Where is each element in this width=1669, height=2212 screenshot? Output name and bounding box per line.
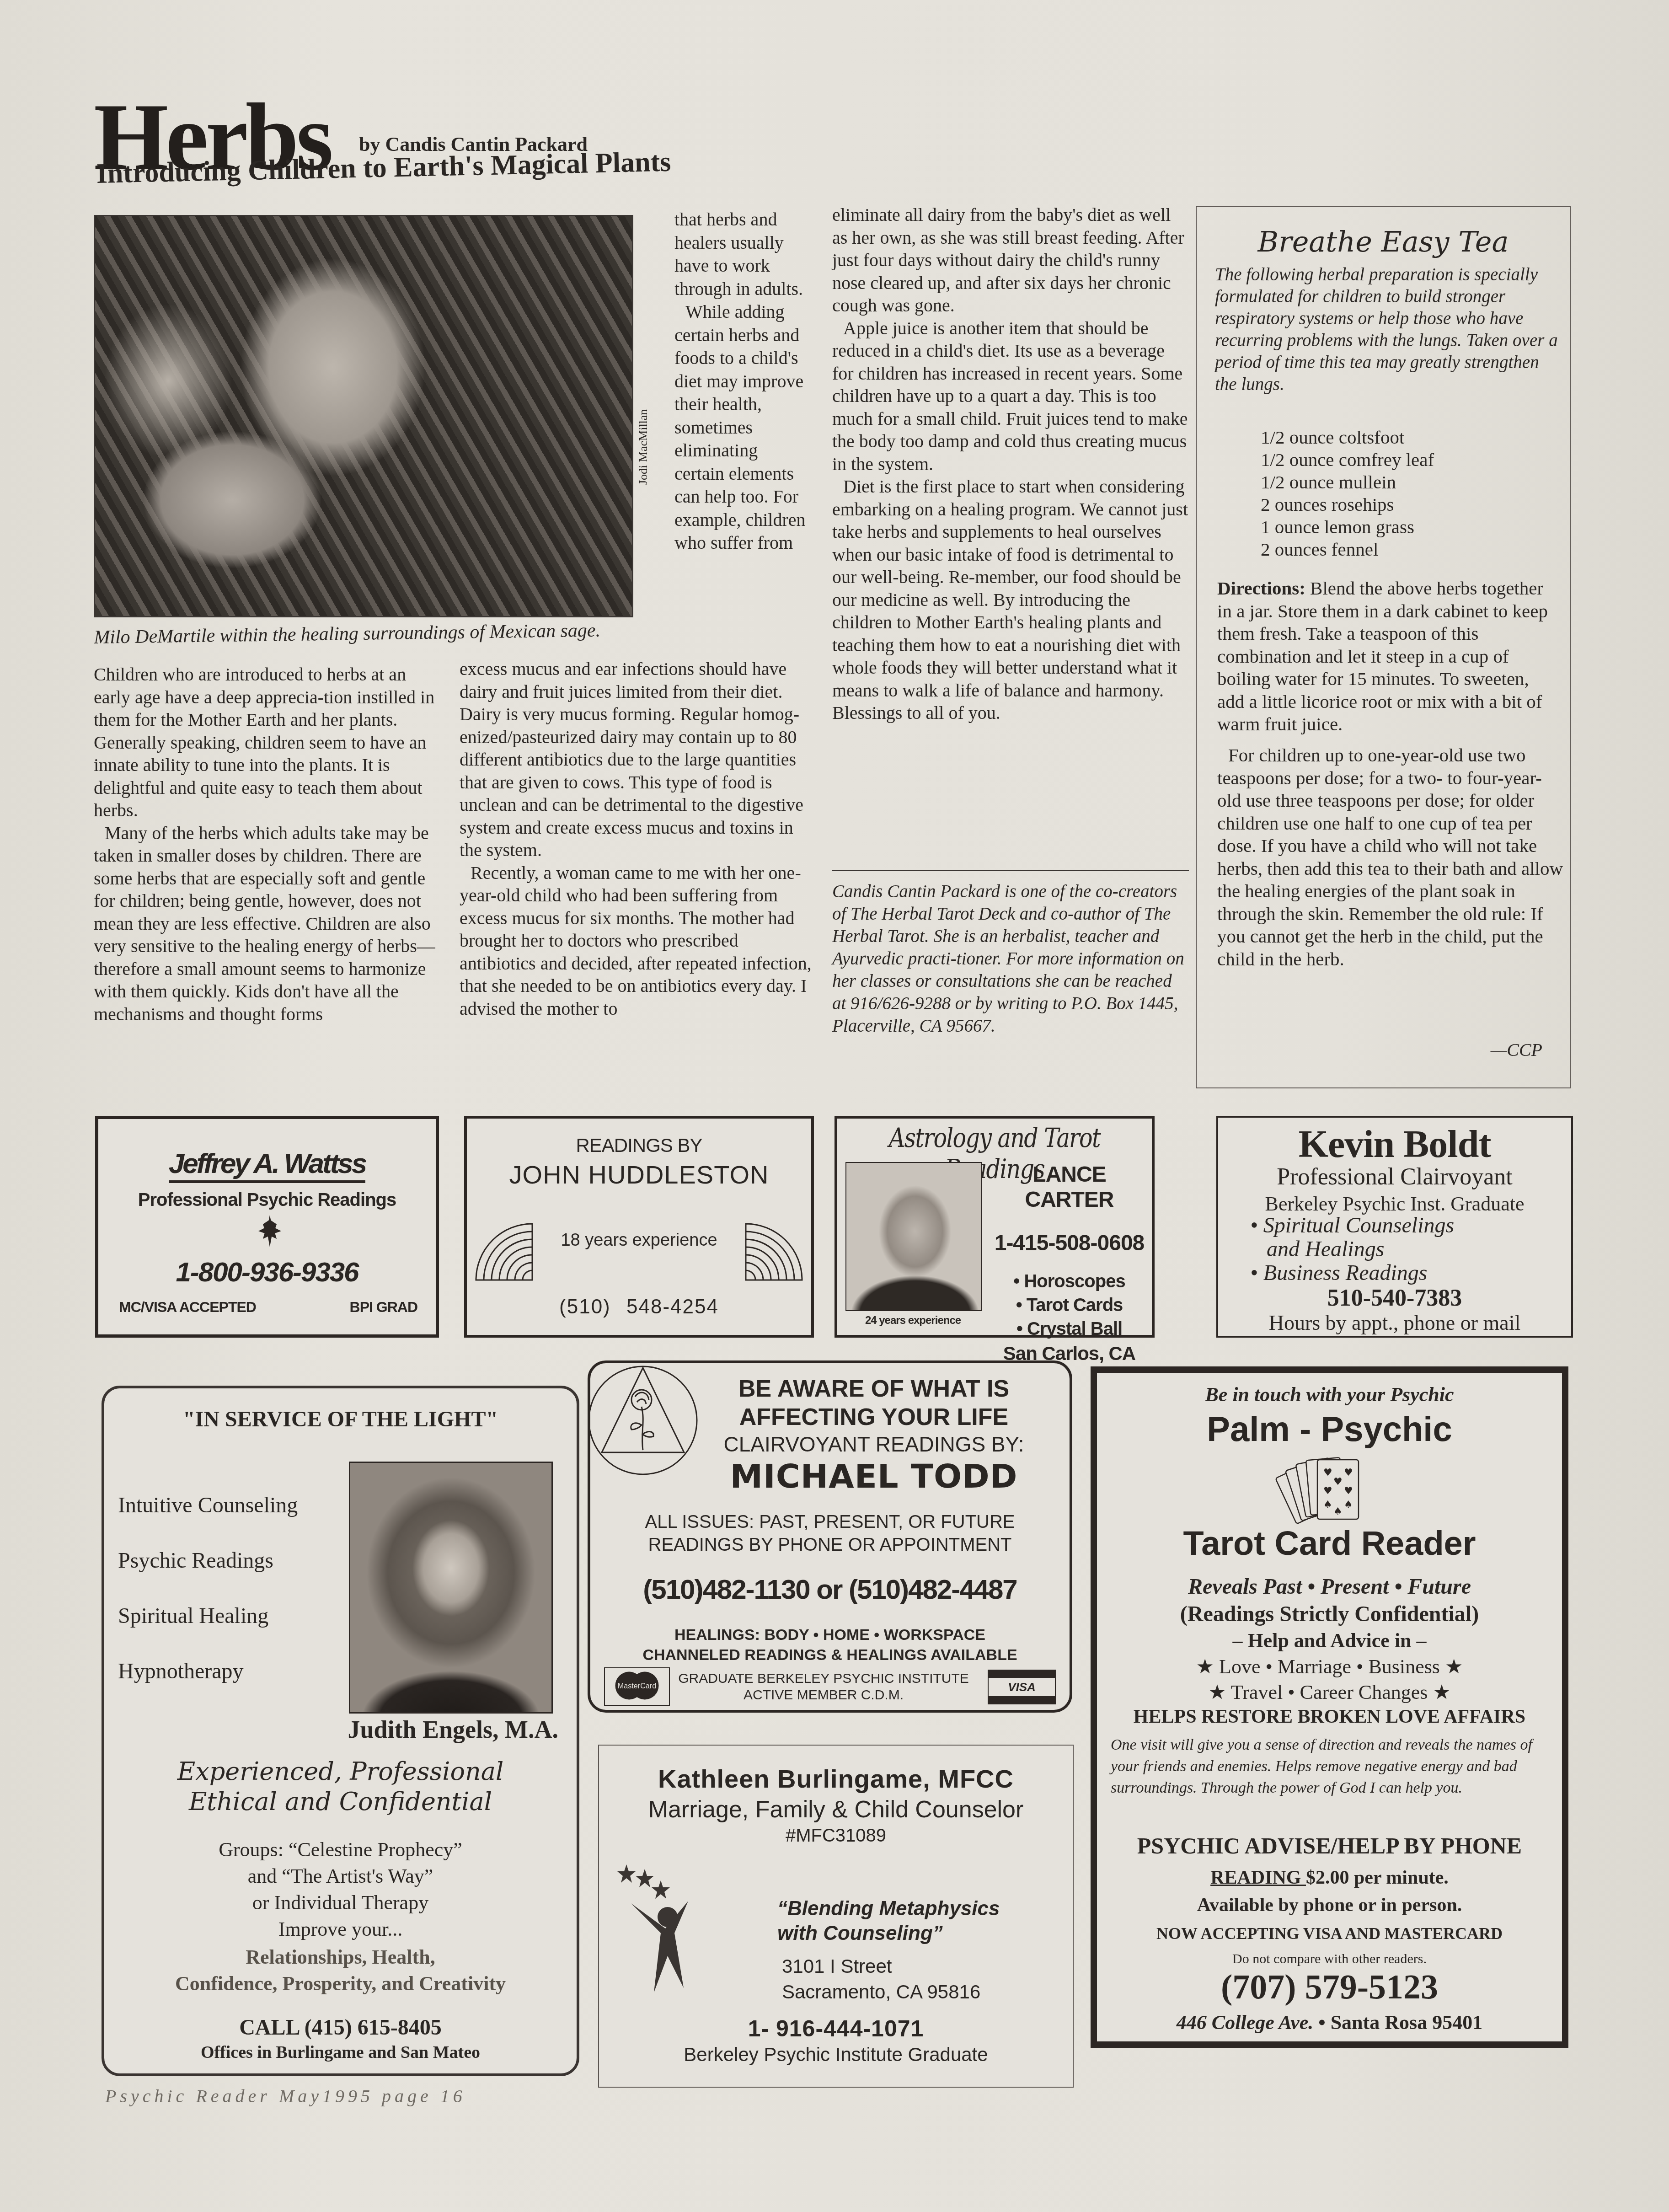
service-list: Intuitive Counseling Psychic Readings Sp… bbox=[118, 1478, 298, 1699]
article-column-narrow: that herbs and healers usually have to w… bbox=[674, 208, 812, 555]
ad-experience: 24 years experience bbox=[845, 1314, 980, 1327]
page-footer: Psychic Reader May1995 page 16 bbox=[105, 2085, 466, 2107]
ad-payment: NOW ACCEPTING VISA AND MASTERCARD bbox=[1097, 1924, 1562, 1943]
ad-palm-psychic: Be in touch with your Psychic Palm - Psy… bbox=[1091, 1366, 1568, 2048]
ad-credentials: GRADUATE BERKELEY PSYCHIC INSTITUTE ACTI… bbox=[673, 1671, 974, 1703]
paragraph: Diet is the first place to start when co… bbox=[832, 475, 1189, 724]
svg-text:♠: ♠ bbox=[1333, 1506, 1343, 1517]
service-list: • Spiritual Counselings and Healings • B… bbox=[1250, 1214, 1570, 1285]
directions-text: Blend the above herbs together in a jar.… bbox=[1217, 578, 1548, 734]
paragraph: Recently, a woman came to me with her on… bbox=[460, 862, 814, 1020]
ad-phone: 1-415-508-0608 bbox=[986, 1231, 1153, 1256]
ad-subtitle: Professional Psychic Readings bbox=[98, 1190, 436, 1210]
payment-note: MC/VISA ACCEPTED bbox=[119, 1299, 256, 1316]
svg-text:MasterCard: MasterCard bbox=[618, 1682, 656, 1690]
ad-phone: 1- 916-444-1071 bbox=[599, 2015, 1073, 2042]
ad-judith-engels: "IN SERVICE OF THE LIGHT" Intuitive Coun… bbox=[102, 1386, 579, 2076]
author-bio: Candis Cantin Packard is one of the co-c… bbox=[832, 880, 1189, 1037]
paragraph: Children who are introduced to herbs at … bbox=[94, 663, 441, 822]
ad-address: 3101 I Street Sacramento, CA 95816 bbox=[782, 1954, 980, 2005]
ad-credential: Berkeley Psychic Institute Graduate bbox=[599, 2044, 1073, 2066]
service-item: Intuitive Counseling bbox=[118, 1478, 298, 1533]
ad-lance-carter: Astrology and Tarot Readings 24 years ex… bbox=[834, 1116, 1155, 1338]
ad-kicker: CLAIRVOYANT READINGS BY: bbox=[682, 1432, 1066, 1457]
star-figure-logo-icon bbox=[617, 1860, 709, 1997]
service-item: • Horoscopes bbox=[986, 1269, 1153, 1293]
ad-availability: Available by phone or in person. bbox=[1097, 1894, 1562, 1916]
ad-name: MICHAEL TODD bbox=[673, 1457, 1075, 1495]
ad-by-phone: PSYCHIC ADVISE/HELP BY PHONE bbox=[1097, 1832, 1562, 1859]
service-item: • Spiritual Counselings bbox=[1250, 1214, 1570, 1237]
svg-text:♥: ♥ bbox=[1333, 1476, 1343, 1488]
service-item: and Healings bbox=[1250, 1237, 1570, 1261]
ad-name: JOHN HUDDLESTON bbox=[467, 1160, 811, 1189]
ad-john-huddleston: READINGS BY JOHN HUDDLESTON 18 years exp… bbox=[464, 1116, 814, 1338]
ad-phone: (707) 579-5123 bbox=[1097, 1967, 1562, 2007]
ad-rate: READING $2.00 per minute. bbox=[1097, 1867, 1562, 1889]
ad-restore: HELPS RESTORE BROKEN LOVE AFFAIRS bbox=[1097, 1706, 1562, 1728]
newspaper-page: Herbs by Candis Cantin Packard Introduci… bbox=[0, 0, 1669, 2212]
ad-michael-todd: BE AWARE OF WHAT IS AFFECTING YOUR LIFE … bbox=[588, 1360, 1072, 1713]
breathe-easy-tea-box: Breathe Easy Tea The following herbal pr… bbox=[1196, 206, 1571, 1088]
ad-kathleen-burlingame: Kathleen Burlingame, MFCC Marriage, Fami… bbox=[598, 1745, 1074, 2088]
ad-topics: ★ Love • Marriage • Business ★ bbox=[1097, 1655, 1562, 1678]
svg-text:♠: ♠ bbox=[1323, 1499, 1332, 1510]
ad-tagline: Experienced, Professional Ethical and Co… bbox=[104, 1757, 577, 1817]
ad-issues: ALL ISSUES: PAST, PRESENT, OR FUTURE REA… bbox=[590, 1510, 1070, 1556]
tea-dosage: For children up to one-year-old use two … bbox=[1217, 744, 1565, 970]
paragraph: that herbs and healers usually have to w… bbox=[674, 208, 812, 300]
ad-phone: (510)482-1130 or (510)482-4487 bbox=[590, 1574, 1070, 1605]
ad-help: – Help and Advice in – bbox=[1097, 1629, 1562, 1652]
ad-reveals: Reveals Past • Present • Future bbox=[1097, 1574, 1562, 1599]
ad-groups: Groups: “Celestine Prophecy” and “The Ar… bbox=[104, 1837, 577, 1943]
tea-title: Breathe Easy Tea bbox=[1197, 225, 1570, 258]
article-column-3: eliminate all dairy from the baby's diet… bbox=[832, 204, 1189, 724]
svg-text:♠: ♠ bbox=[1344, 1499, 1353, 1510]
ad-quote: “Blending Metaphysics with Counseling” bbox=[777, 1896, 1000, 1946]
ingredient: 2 ounces rosehips bbox=[1261, 493, 1434, 516]
ingredient: 1/2 ounce coltsfoot bbox=[1261, 426, 1434, 449]
ad-subtitle: Professional Clairvoyant bbox=[1218, 1163, 1571, 1190]
ad-jeffrey-wattss: Jeffrey A. Wattss Professional Psychic R… bbox=[95, 1116, 439, 1338]
service-list: • Horoscopes • Tarot Cards • Crystal Bal… bbox=[986, 1269, 1153, 1341]
portrait-photo bbox=[845, 1162, 982, 1311]
ad-subtitle: Marriage, Family & Child Counselor bbox=[599, 1796, 1073, 1823]
svg-text:♥: ♥ bbox=[1344, 1485, 1353, 1497]
article-photo bbox=[94, 215, 633, 617]
service-item: Hypnotherapy bbox=[118, 1644, 298, 1699]
ad-kicker: READINGS BY bbox=[467, 1135, 811, 1157]
svg-text:♥: ♥ bbox=[1344, 1467, 1353, 1478]
service-item: • Tarot Cards bbox=[986, 1293, 1153, 1317]
credential-note: BPI GRAD bbox=[350, 1299, 417, 1316]
ad-compare: Do not compare with other readers. bbox=[1097, 1951, 1562, 1967]
ingredient: 1/2 ounce mullein bbox=[1261, 471, 1434, 493]
ad-phone: (510) 548-4254 bbox=[467, 1296, 811, 1318]
bio-divider bbox=[832, 870, 1189, 871]
ingredient-list: 1/2 ounce coltsfoot 1/2 ounce comfrey le… bbox=[1261, 426, 1434, 561]
service-item: Spiritual Healing bbox=[118, 1588, 298, 1644]
ad-headline: BE AWARE OF WHAT IS AFFECTING YOUR LIFE bbox=[682, 1375, 1066, 1431]
article-column-1: Children who are introduced to herbs at … bbox=[94, 663, 441, 1025]
star-burst-icon bbox=[256, 1215, 284, 1247]
ad-kevin-boldt: Kevin Boldt Professional Clairvoyant Ber… bbox=[1216, 1116, 1573, 1338]
ad-credential: Berkeley Psychic Inst. Graduate bbox=[1218, 1192, 1571, 1216]
ad-visit-text: One visit will give you a sense of direc… bbox=[1111, 1734, 1550, 1799]
ad-tagline: Be in touch with your Psychic bbox=[1097, 1383, 1562, 1406]
ad-name: Jeffrey A. Wattss bbox=[169, 1148, 366, 1183]
service-item: • Business Readings bbox=[1250, 1261, 1570, 1285]
ad-title: Tarot Card Reader bbox=[1097, 1524, 1562, 1563]
ad-phone: 1-800-936-9336 bbox=[98, 1256, 436, 1288]
ad-license: #MFC31089 bbox=[599, 1826, 1073, 1846]
rainbow-right-icon bbox=[745, 1221, 804, 1283]
photo-credit: Jodi MacMillan bbox=[637, 409, 650, 485]
paragraph: While adding certain herbs and foods to … bbox=[674, 300, 812, 555]
ad-name: LANCE CARTER bbox=[986, 1162, 1153, 1212]
ingredient: 1/2 ounce comfrey leaf bbox=[1261, 449, 1434, 471]
paragraph: Many of the herbs which adults take may … bbox=[94, 822, 441, 1026]
article-column-2: excess mucus and ear infections should h… bbox=[460, 658, 814, 1020]
ad-name: Palm - Psychic bbox=[1097, 1409, 1562, 1449]
tea-intro: The following herbal preparation is spec… bbox=[1215, 264, 1562, 396]
ingredient: 1 ounce lemon grass bbox=[1261, 516, 1434, 538]
ad-phone: CALL (415) 615-8405 bbox=[104, 2015, 577, 2040]
visa-logo-icon: VISA bbox=[988, 1670, 1056, 1704]
ad-topics: ★ Travel • Career Changes ★ bbox=[1097, 1681, 1562, 1704]
tea-signature: —CCP bbox=[1491, 1039, 1542, 1060]
tea-directions: Directions: Blend the above herbs togeth… bbox=[1217, 577, 1560, 736]
paragraph: eliminate all dairy from the baby's diet… bbox=[832, 204, 1189, 317]
paragraph: excess mucus and ear infections should h… bbox=[460, 658, 814, 862]
ad-name: Judith Engels, M.A. bbox=[348, 1715, 558, 1744]
ingredient: 2 ounces fennel bbox=[1261, 538, 1434, 561]
ad-address: 446 College Ave. • Santa Rosa 95401 bbox=[1097, 2011, 1562, 2034]
ad-name: Kathleen Burlingame, MFCC bbox=[599, 1764, 1073, 1794]
svg-text:♥: ♥ bbox=[1323, 1467, 1332, 1478]
portrait-photo bbox=[349, 1462, 553, 1714]
photo-caption: Milo DeMartile within the healing surrou… bbox=[94, 620, 600, 648]
mastercard-logo-icon: MasterCard bbox=[604, 1667, 670, 1706]
ad-healings: HEALINGS: BODY • HOME • WORKSPACE CHANNE… bbox=[590, 1625, 1070, 1665]
directions-label: Directions: bbox=[1217, 578, 1305, 599]
ad-confidential: (Readings Strictly Confidential) bbox=[1097, 1601, 1562, 1627]
ad-heading: "IN SERVICE OF THE LIGHT" bbox=[104, 1407, 577, 1432]
playing-cards-icon: ♥♥ ♥ ♥♥ ♠♠ ♠ bbox=[1275, 1451, 1367, 1528]
service-item: • Crystal Ball bbox=[986, 1317, 1153, 1341]
paragraph: Apple juice is another item that should … bbox=[832, 317, 1189, 476]
ad-offices: Offices in Burlingame and San Mateo bbox=[104, 2042, 577, 2062]
ad-phone: 510-540-7383 bbox=[1218, 1285, 1571, 1312]
ad-hours: Hours by appt., phone or mail bbox=[1218, 1311, 1571, 1335]
ad-name: Kevin Boldt bbox=[1218, 1122, 1571, 1167]
service-item: Psychic Readings bbox=[118, 1533, 298, 1588]
svg-text:♥: ♥ bbox=[1323, 1485, 1332, 1497]
ad-improve-list: Relationships, Health, Confidence, Prosp… bbox=[104, 1944, 577, 1997]
